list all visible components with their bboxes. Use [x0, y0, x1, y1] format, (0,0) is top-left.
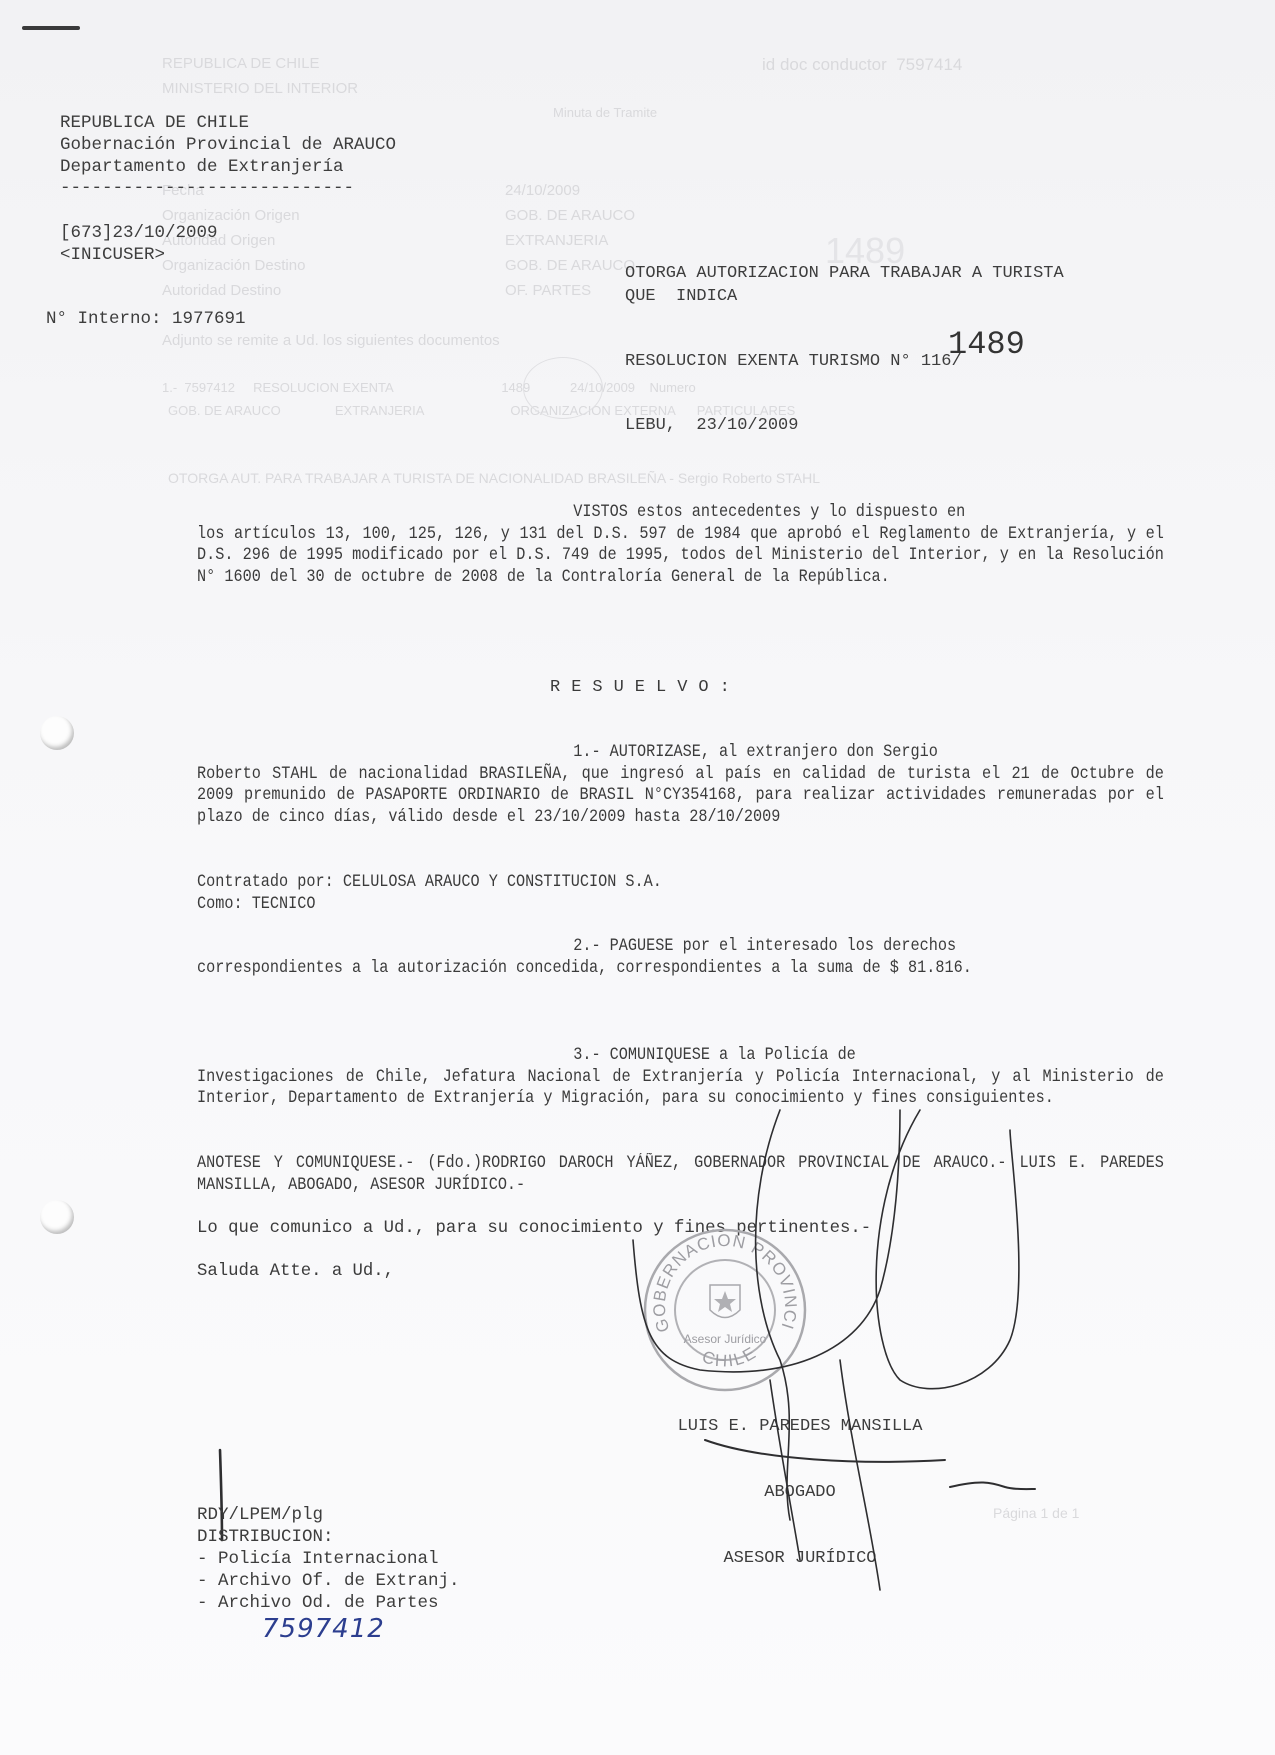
initials: RDY/LPEM/plg — [197, 1504, 323, 1526]
distribution-item: - Archivo Od. de Partes — [197, 1592, 439, 1614]
distribution-label: DISTRIBUCION: — [197, 1526, 334, 1548]
distribution-item: - Archivo Of. de Extranj. — [197, 1570, 460, 1592]
handwritten-doc-number: 7597412 — [262, 1614, 385, 1644]
handwritten-signature — [0, 0, 1275, 1755]
distribution-item: - Policía Internacional — [197, 1548, 439, 1570]
